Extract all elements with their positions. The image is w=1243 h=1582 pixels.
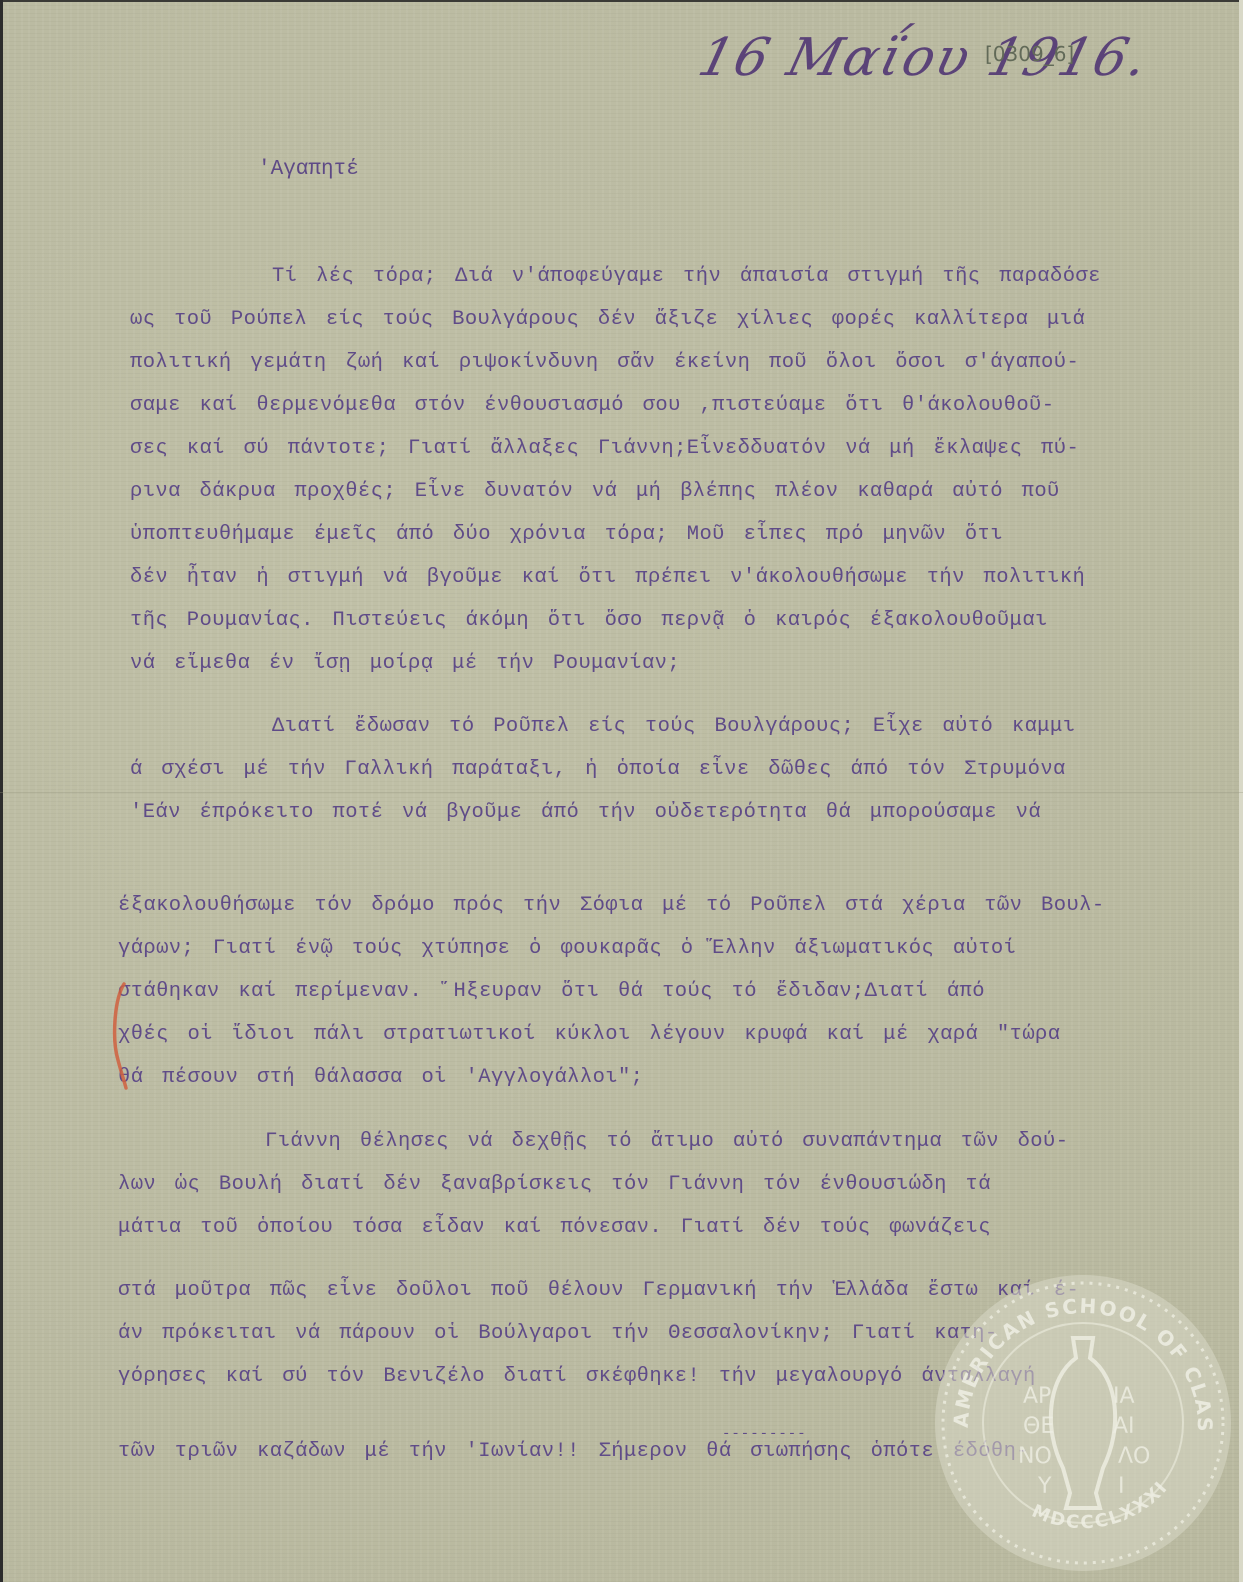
typed-line: δέν ἦταν ἡ στιγμή νά βγοῦμε καί ὅτι πρέπ… (130, 566, 1085, 589)
typed-line: ρινα δάκρυα προχθές; Εἶνε δυνατόν νά μή … (130, 480, 1060, 503)
typed-line: χθές οἱ ἴδιοι πάλι στρατιωτικοί κύκλοι λ… (118, 1023, 1060, 1046)
handwritten-date: 16 Μαΐου 1916. (693, 28, 1156, 88)
typed-line: σες καί σύ πάντοτε; Γιατί ἄλλαξες Γιάννη… (130, 437, 1079, 460)
svg-text:ΘΕ: ΘΕ (1023, 1414, 1054, 1439)
red-pencil-bracket-icon (106, 980, 136, 1092)
typed-line: πολιτική γεμάτη ζωή καί ριψοκίνδυνη σἄν … (130, 351, 1079, 374)
typed-line: ά σχέσι μέ τήν Γαλλική παράταξι, ἡ ὁποία… (130, 758, 1066, 781)
scan-edge-top (0, 0, 1243, 2)
typed-line: στά μοῦτρα πῶς εἶνε δοῦλοι ποῦ θέλουν Γε… (118, 1279, 1079, 1302)
typed-line: γάρων; Γιατί ένῷ τούς χτύπησε ὁ φουκαρᾶς… (118, 937, 1016, 960)
svg-text:Υ: Υ (1037, 1474, 1052, 1499)
salutation: 'Αγαπητέ (258, 158, 359, 181)
typed-line: νά εἴμεθα έν ἴσῃ μοίρᾳ μέ τήν Ρουμανίαν; (130, 652, 680, 675)
typed-line: ὑποπτευθήμαμε έμεῖς άπό δύο χρόνια τόρα;… (130, 523, 1003, 546)
typed-line: λων ὡς Βουλή διατί δέν ξαναβρίσκεις τόν … (118, 1173, 991, 1196)
typed-line: σαμε καί θερμενόμεθα στόν ένθουσιασμό σο… (130, 394, 1054, 417)
typed-line: στάθηκαν καί περίμεναν. ῞Ηξευραν ὅτι θά … (118, 980, 985, 1003)
typed-line: άν πρόκειται νά πάρουν οἱ Βούλγαροι τήν … (118, 1322, 998, 1345)
typed-line: 'Εάν έπρόκειτο ποτέ νά βγοῦμε άπό τήν οὐ… (130, 801, 1041, 824)
typed-line: θά πέσουν στή θάλασσα οἱ 'Αγγλογάλλοι"; (118, 1066, 643, 1089)
typed-line: μάτια τοῦ ὁποίου τόσα εἶδαν καί πόνεσαν.… (118, 1216, 991, 1239)
typed-line: Διατί ἔδωσαν τό Ροῦπελ είς τούς Βουλγάρο… (272, 715, 1075, 738)
scan-edge-left (0, 0, 3, 1582)
embossed-seal-icon: AMERICAN SCHOOL OF CLASSICAL STUDIES AT … (928, 1268, 1238, 1578)
typed-line: έξακολουθήσωμε τόν δρόμο πρός τήν Σόφια … (118, 894, 1105, 917)
underline-mark: --------- (722, 1426, 807, 1442)
seal-bottom-text: MDCCCLXXXI (1029, 1477, 1173, 1534)
typed-line: Τί λές τόρα; Διά ν'άποφεύγαμε τήν άπαισί… (272, 265, 1101, 288)
scan-edge-right (1239, 0, 1243, 1582)
svg-text:ΙΑ: ΙΑ (1113, 1384, 1135, 1409)
svg-text:ΛΟ: ΛΟ (1118, 1444, 1150, 1469)
svg-text:MDCCCLXXXI: MDCCCLXXXI (1029, 1477, 1173, 1534)
typed-line: τῆς Ρουμανίας. Πιστεύεις άκόμη ὅτι ὅσο π… (130, 609, 1048, 632)
archive-code: [0309_6] (985, 42, 1074, 66)
svg-text:ΑΙ: ΑΙ (1113, 1414, 1135, 1439)
paper-fold-line (0, 792, 1243, 793)
svg-text:Ι: Ι (1118, 1474, 1125, 1499)
typed-line: γόρησες καί σύ τόν Βενιζέλο διατί σκέφθη… (118, 1365, 1036, 1388)
typed-line: τῶν τριῶν καζάδων μέ τήν 'Ιωνίαν!! Σήμερ… (118, 1440, 1029, 1463)
scanned-letter-page: 16 Μαΐου 1916. [0309_6] 'Αγαπητέ Τί λές … (0, 0, 1243, 1582)
typed-line: ως τοῦ Ρούπελ είς τούς Βουλγάρους δέν ἄξ… (130, 308, 1085, 331)
typed-line: Γιάννη θέλησες νά δεχθῇς τό ἄτιμο αὐτό σ… (265, 1130, 1068, 1153)
